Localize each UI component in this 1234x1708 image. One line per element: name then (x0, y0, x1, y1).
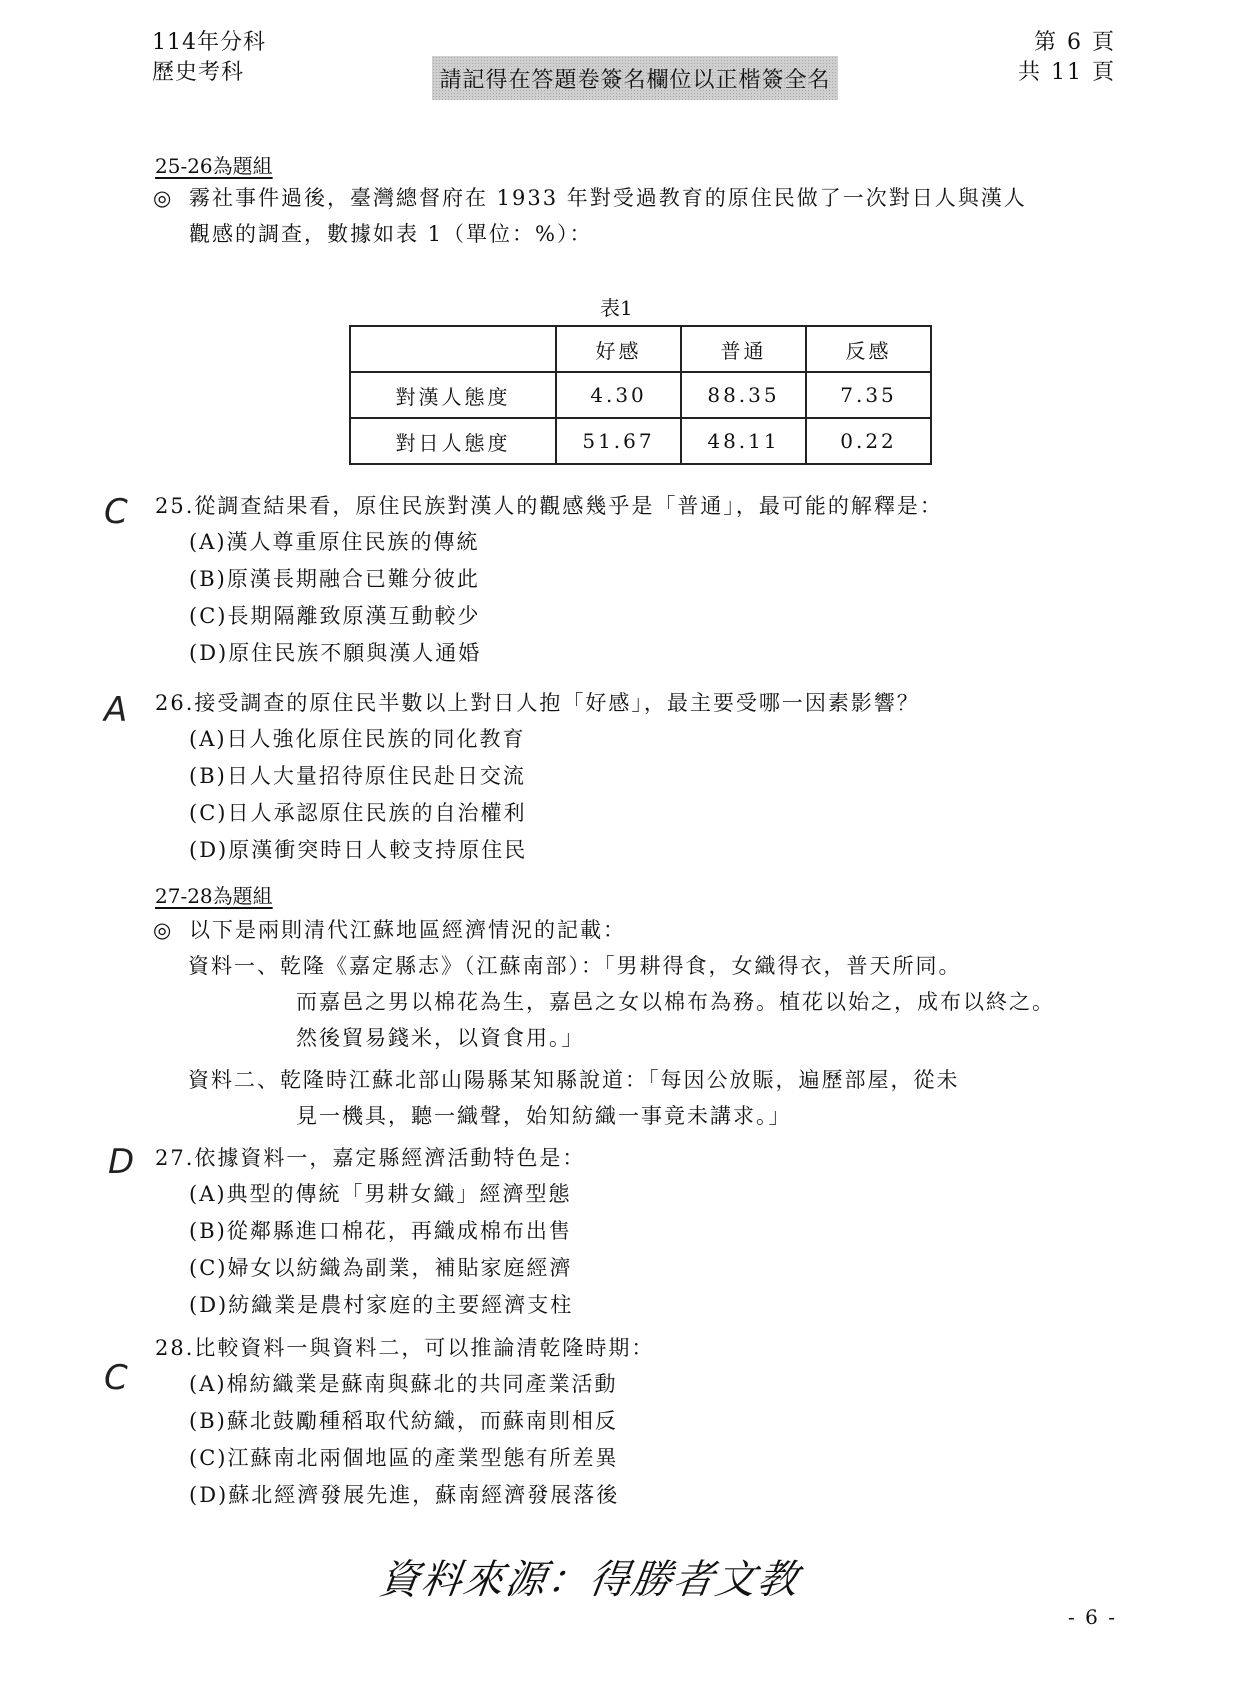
source-2: 資料二、乾隆時江蘇北部山陽縣某知縣說道：「每因公放賑，遍歷部屋，從未 見一機具，… (188, 1062, 1138, 1134)
source-line: 然後貿易錢米，以資食用。」 (188, 1020, 1138, 1056)
option-c: (C)婦女以紡織為副業，補貼家庭經濟 (155, 1250, 1115, 1287)
question-stem: 接受調查的原住民半數以上對日人抱「好感」，最主要受哪一因素影響？ (194, 691, 920, 715)
group2-intro: ◎以下是兩則清代江蘇地區經濟情況的記載： (153, 912, 1133, 948)
question-number: 27. (155, 1146, 194, 1170)
option-a: (A)棉紡織業是蘇南與蘇北的共同產業活動 (155, 1366, 1115, 1403)
question-28: 28.比較資料一與資料二，可以推論清乾隆時期： (A)棉紡織業是蘇南與蘇北的共同… (155, 1330, 1115, 1514)
source-line: 見一機具，聽一織聲，始知紡織一事竟未講求。」 (188, 1098, 1138, 1134)
table-cell: 0.22 (806, 418, 931, 464)
double-circle-icon: ◎ (153, 180, 189, 216)
option-b: (B)蘇北鼓勵種稻取代紡織，而蘇南則相反 (155, 1403, 1115, 1440)
handwritten-source-note: 資料來源：得勝者文教 (376, 1548, 804, 1605)
exam-header-right: 第 6 頁 共 11 頁 (1018, 28, 1116, 88)
source-line: 乾隆《嘉定縣志》（江蘇南部）：「男耕得食，女織得衣，普天所同。 (280, 954, 962, 978)
question-number: 25. (155, 494, 194, 518)
option-b: (B)原漢長期融合已難分彼此 (155, 561, 1115, 598)
table-cell: 7.35 (806, 372, 931, 418)
group-title-25-26: 25-26為題組 (155, 150, 273, 179)
table-caption: 表1 (600, 292, 633, 321)
intro-line-2: 觀感的調查，數據如表 1（單位：%）： (153, 216, 1133, 252)
option-c: (C)江蘇南北兩個地區的產業型態有所差異 (155, 1440, 1115, 1477)
double-circle-icon: ◎ (153, 912, 189, 948)
question-stem: 從調查結果看，原住民族對漢人的觀感幾乎是「普通」，最可能的解釋是： (194, 494, 943, 518)
option-d: (D)紡織業是農村家庭的主要經濟支柱 (155, 1287, 1115, 1324)
handwritten-answer-28: C (104, 1358, 128, 1398)
survey-table: 好感 普通 反感 對漢人態度 4.30 88.35 7.35 對日人態度 51.… (349, 325, 932, 465)
table-row: 對日人態度 51.67 48.11 0.22 (350, 418, 931, 464)
table-row: 對漢人態度 4.30 88.35 7.35 (350, 372, 931, 418)
source-1: 資料一、乾隆《嘉定縣志》（江蘇南部）：「男耕得食，女織得衣，普天所同。 而嘉邑之… (188, 948, 1138, 1056)
question-number: 26. (155, 691, 194, 715)
option-b: (B)日人大量招待原住民赴日交流 (155, 758, 1115, 795)
option-a: (A)日人強化原住民族的同化教育 (155, 721, 1115, 758)
table-cell: 48.11 (681, 418, 806, 464)
total-pages-label: 共 11 頁 (1018, 58, 1116, 88)
handwritten-answer-26: A (104, 690, 127, 730)
group-title-27-28: 27-28為題組 (155, 880, 273, 909)
question-number: 28. (155, 1336, 194, 1360)
question-27: 27.依據資料一，嘉定縣經濟活動特色是： (A)典型的傳統「男耕女織」經濟型態 … (155, 1140, 1115, 1324)
question-stem: 比較資料一與資料二，可以推論清乾隆時期： (194, 1336, 654, 1360)
option-d: (D)蘇北經濟發展先進，蘇南經濟發展落後 (155, 1477, 1115, 1514)
table-cell: 4.30 (556, 372, 681, 418)
option-c: (C)長期隔離致原漢互動較少 (155, 598, 1115, 635)
table-header-cell: 普通 (681, 326, 806, 372)
table-cell: 88.35 (681, 372, 806, 418)
intro-line: 以下是兩則清代江蘇地區經濟情況的記載： (189, 918, 626, 942)
handwritten-answer-27: D (108, 1142, 134, 1182)
page-number: - 6 - (1068, 1605, 1117, 1629)
source-line: 乾隆時江蘇北部山陽縣某知縣說道：「每因公放賑，遍歷部屋，從未 (280, 1068, 960, 1092)
exam-year-subject: 114年分科 (152, 28, 266, 58)
source-label: 資料一、 (188, 954, 280, 978)
table-header-cell (350, 326, 556, 372)
table-header-row: 好感 普通 反感 (350, 326, 931, 372)
option-a: (A)漢人尊重原住民族的傳統 (155, 524, 1115, 561)
intro-line-1: 霧社事件過後，臺灣總督府在 1933 年對受過教育的原住民做了一次對日人與漢人 (189, 186, 1027, 210)
signature-reminder-banner: 請記得在答題卷簽名欄位以正楷簽全名 (432, 56, 838, 100)
source-line: 而嘉邑之男以棉花為生，嘉邑之女以棉布為務。植花以始之，成布以終之。 (188, 984, 1138, 1020)
question-25: 25.從調查結果看，原住民族對漢人的觀感幾乎是「普通」，最可能的解釋是： (A)… (155, 488, 1115, 672)
exam-subject: 歷史考科 (152, 58, 266, 88)
table-header-cell: 反感 (806, 326, 931, 372)
option-b: (B)從鄰縣進口棉花，再織成棉布出售 (155, 1213, 1115, 1250)
option-d: (D)原漢衝突時日人較支持原住民 (155, 832, 1115, 869)
table-header-cell: 好感 (556, 326, 681, 372)
row-label: 對日人態度 (350, 418, 556, 464)
group1-intro: ◎霧社事件過後，臺灣總督府在 1933 年對受過教育的原住民做了一次對日人與漢人… (153, 180, 1133, 252)
question-stem: 依據資料一，嘉定縣經濟活動特色是： (194, 1146, 585, 1170)
question-26: 26.接受調查的原住民半數以上對日人抱「好感」，最主要受哪一因素影響？ (A)日… (155, 685, 1115, 869)
source-label: 資料二、 (188, 1068, 280, 1092)
table-cell: 51.67 (556, 418, 681, 464)
option-c: (C)日人承認原住民族的自治權利 (155, 795, 1115, 832)
page-label: 第 6 頁 (1018, 28, 1116, 58)
exam-header-left: 114年分科 歷史考科 (152, 28, 266, 88)
handwritten-answer-25: C (104, 492, 128, 532)
row-label: 對漢人態度 (350, 372, 556, 418)
option-a: (A)典型的傳統「男耕女織」經濟型態 (155, 1176, 1115, 1213)
option-d: (D)原住民族不願與漢人通婚 (155, 635, 1115, 672)
